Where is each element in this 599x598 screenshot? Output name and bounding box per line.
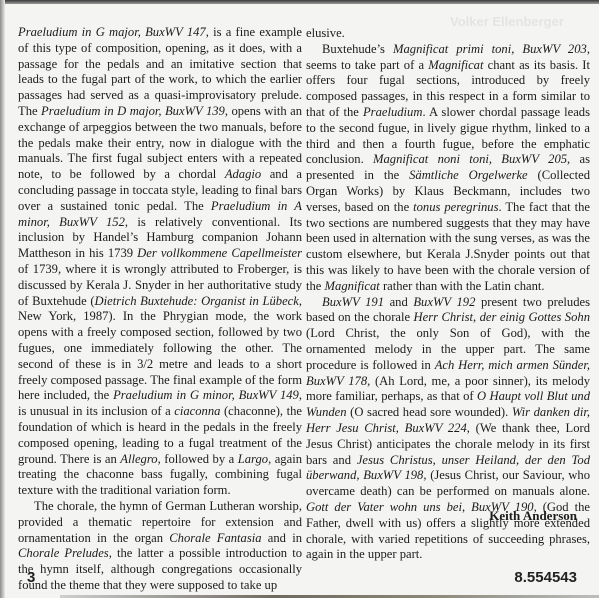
italic-title-text: Magnificat noni toni, BuxWV 205 — [373, 152, 567, 166]
italic-title-text: Praeludium in G major, BuxWV 147 — [18, 25, 206, 39]
body-text: and in — [262, 531, 302, 545]
page-number: 3 — [27, 569, 35, 586]
italic-title-text: Magnificat — [325, 279, 380, 293]
italic-title-text: ciaconna — [174, 404, 220, 418]
scan-left-edge — [0, 0, 5, 598]
italic-title-text: Chorale Fantasia — [169, 531, 261, 545]
body-text: Buxtehude’s — [322, 42, 393, 56]
body-text: (O sacred head sore wounded). — [347, 405, 512, 419]
italic-title-text: Dietrich Buxtehude: Organist in Lübeck — [95, 294, 299, 308]
paragraph: elusive. — [306, 26, 590, 42]
italic-title-text: Praeludium — [363, 105, 422, 119]
body-text: , followed by a — [158, 452, 238, 466]
italic-title-text: tonus peregrinus — [413, 200, 498, 214]
scan-top-edge — [0, 0, 599, 4]
italic-title-text: Adagio — [225, 167, 261, 181]
italic-title-text: Herr Christ, der einig Gottes Sohn — [414, 310, 590, 324]
italic-title-text: Allegro — [120, 452, 157, 466]
body-text: , New York, 1987). In the Phrygian mode,… — [18, 294, 302, 403]
right-column: elusive.Buxtehude’s Magnificat primi ton… — [306, 26, 590, 563]
italic-title-text: Der vollkommene Capellmeister — [137, 246, 302, 260]
italic-title-text: Magnificat — [428, 58, 483, 72]
italic-title-text: Sämtliche Orgelwerke — [409, 168, 528, 182]
paragraph: The chorale, the hymn of German Lutheran… — [18, 499, 302, 594]
italic-title-text: BuxWV 191 — [322, 295, 384, 309]
author-signature: Keith Anderson — [489, 508, 577, 524]
paragraph: Praeludium in G major, BuxWV 147, is a f… — [18, 25, 302, 499]
italic-title-text: Praeludium in D major, BuxWV 139 — [41, 104, 225, 118]
italic-title-text: Magnificat primi toni, BuxWV 203 — [393, 42, 587, 56]
body-text: and — [384, 295, 413, 309]
italic-title-text: BuxWV 192 — [413, 295, 475, 309]
italic-title-text: Largo — [238, 452, 268, 466]
paragraph: Buxtehude’s Magnificat primi toni, BuxWV… — [306, 42, 590, 295]
catalog-number: 8.554543 — [514, 569, 577, 586]
body-text: rather than with the Latin chant. — [380, 279, 545, 293]
italic-title-text: Praeludium in G minor, BuxWV 149 — [113, 388, 299, 402]
italic-title-text: Chorale Preludes — [18, 546, 109, 560]
body-text: elusive. — [306, 26, 345, 40]
left-column: Praeludium in G major, BuxWV 147, is a f… — [18, 25, 302, 594]
